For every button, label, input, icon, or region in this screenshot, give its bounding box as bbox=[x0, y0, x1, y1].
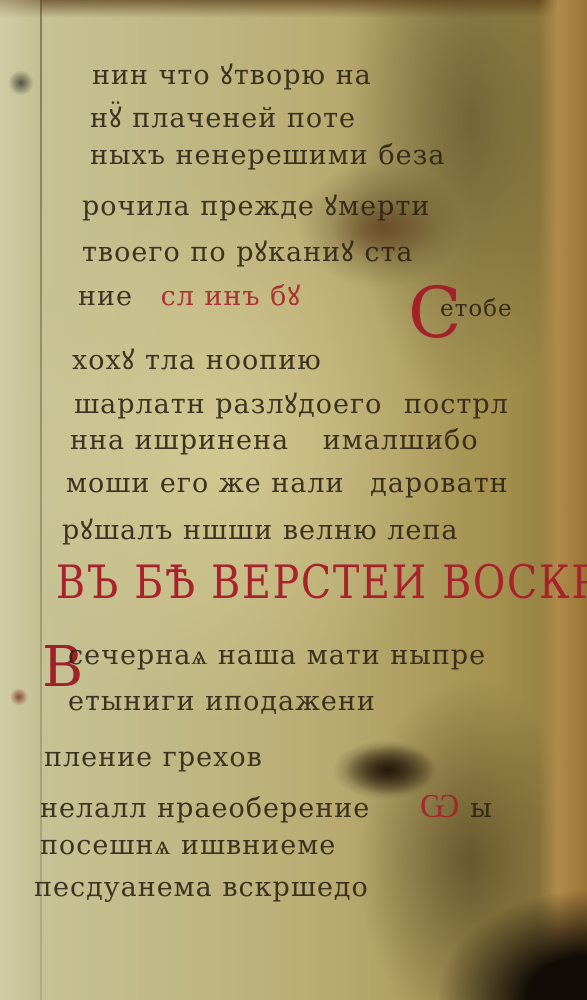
lower-line-5: посешнѧ ишвниеме bbox=[40, 830, 336, 861]
text-line-6-black: ние bbox=[78, 281, 133, 312]
text-line-10-tail: дароватн bbox=[370, 468, 509, 499]
text-line-8-main: шарлатн разлꙋдоего bbox=[74, 389, 382, 420]
text-line-7: хохꙋ тла ноопию bbox=[72, 340, 322, 377]
lower-line-3: пление грехов bbox=[44, 742, 263, 773]
lower-line-4-main: нелалл нраеоберение bbox=[40, 793, 370, 824]
text-line-9-main: нна ишринена bbox=[70, 425, 289, 456]
margin-spot bbox=[10, 688, 28, 706]
text-line-9-tail: ималшибо bbox=[323, 425, 479, 456]
text-line-6: ние сл инъ бꙋ bbox=[78, 276, 301, 313]
bottom-right-shadow bbox=[417, 880, 587, 1000]
text-line-9: нна ишринена ималшибо bbox=[70, 425, 479, 456]
text-line-8-tail: пострл bbox=[404, 389, 509, 420]
lower-line-2: етыниги иподажени bbox=[68, 686, 376, 717]
text-line-3: ныхъ ненерешими беза bbox=[90, 140, 445, 171]
lower-line-4-red: Ѡ bbox=[420, 786, 461, 826]
text-line-4: рочила прежде ꙋмерти bbox=[82, 186, 430, 223]
text-line-6-red: сл инъ бꙋ bbox=[161, 281, 302, 312]
lower-line-6: песдуанема вскршедо bbox=[34, 872, 369, 903]
text-line-10-main: моши его же нали bbox=[66, 468, 345, 499]
margin-spot bbox=[8, 70, 34, 96]
text-line-10: моши его же нали дароватн bbox=[66, 468, 509, 499]
text-line-2: нꙋ̈ плаченей поте bbox=[90, 98, 356, 135]
text-line-6-after-initial: етобе bbox=[440, 296, 513, 322]
damaged-right-edge bbox=[539, 0, 587, 1000]
text-line-8: шарлатн разлꙋдоего пострл bbox=[74, 384, 509, 421]
text-line-11: рꙋшалъ ншши велню лепа bbox=[62, 510, 458, 547]
lower-line-4: нелалл нраеоберение Ѡ ы bbox=[40, 786, 493, 826]
manuscript-page: нин что ꙋтворю на нꙋ̈ плаченей поте ныхъ… bbox=[0, 0, 587, 1000]
text-line-1: нин что ꙋтворю на bbox=[92, 55, 372, 92]
lower-line-4-tail: ы bbox=[470, 793, 493, 824]
rubric-heading: ВЪ БѢ ВЕРСТЕИ ВОСКРЕНЫИ bbox=[56, 555, 587, 609]
text-line-5: твоего по рꙋканиꙋ ста bbox=[82, 232, 414, 269]
lower-line-1: сечернаѧ наша мати ныпре bbox=[68, 640, 486, 671]
left-margin-strip bbox=[0, 0, 40, 1000]
top-shadow bbox=[0, 0, 587, 18]
